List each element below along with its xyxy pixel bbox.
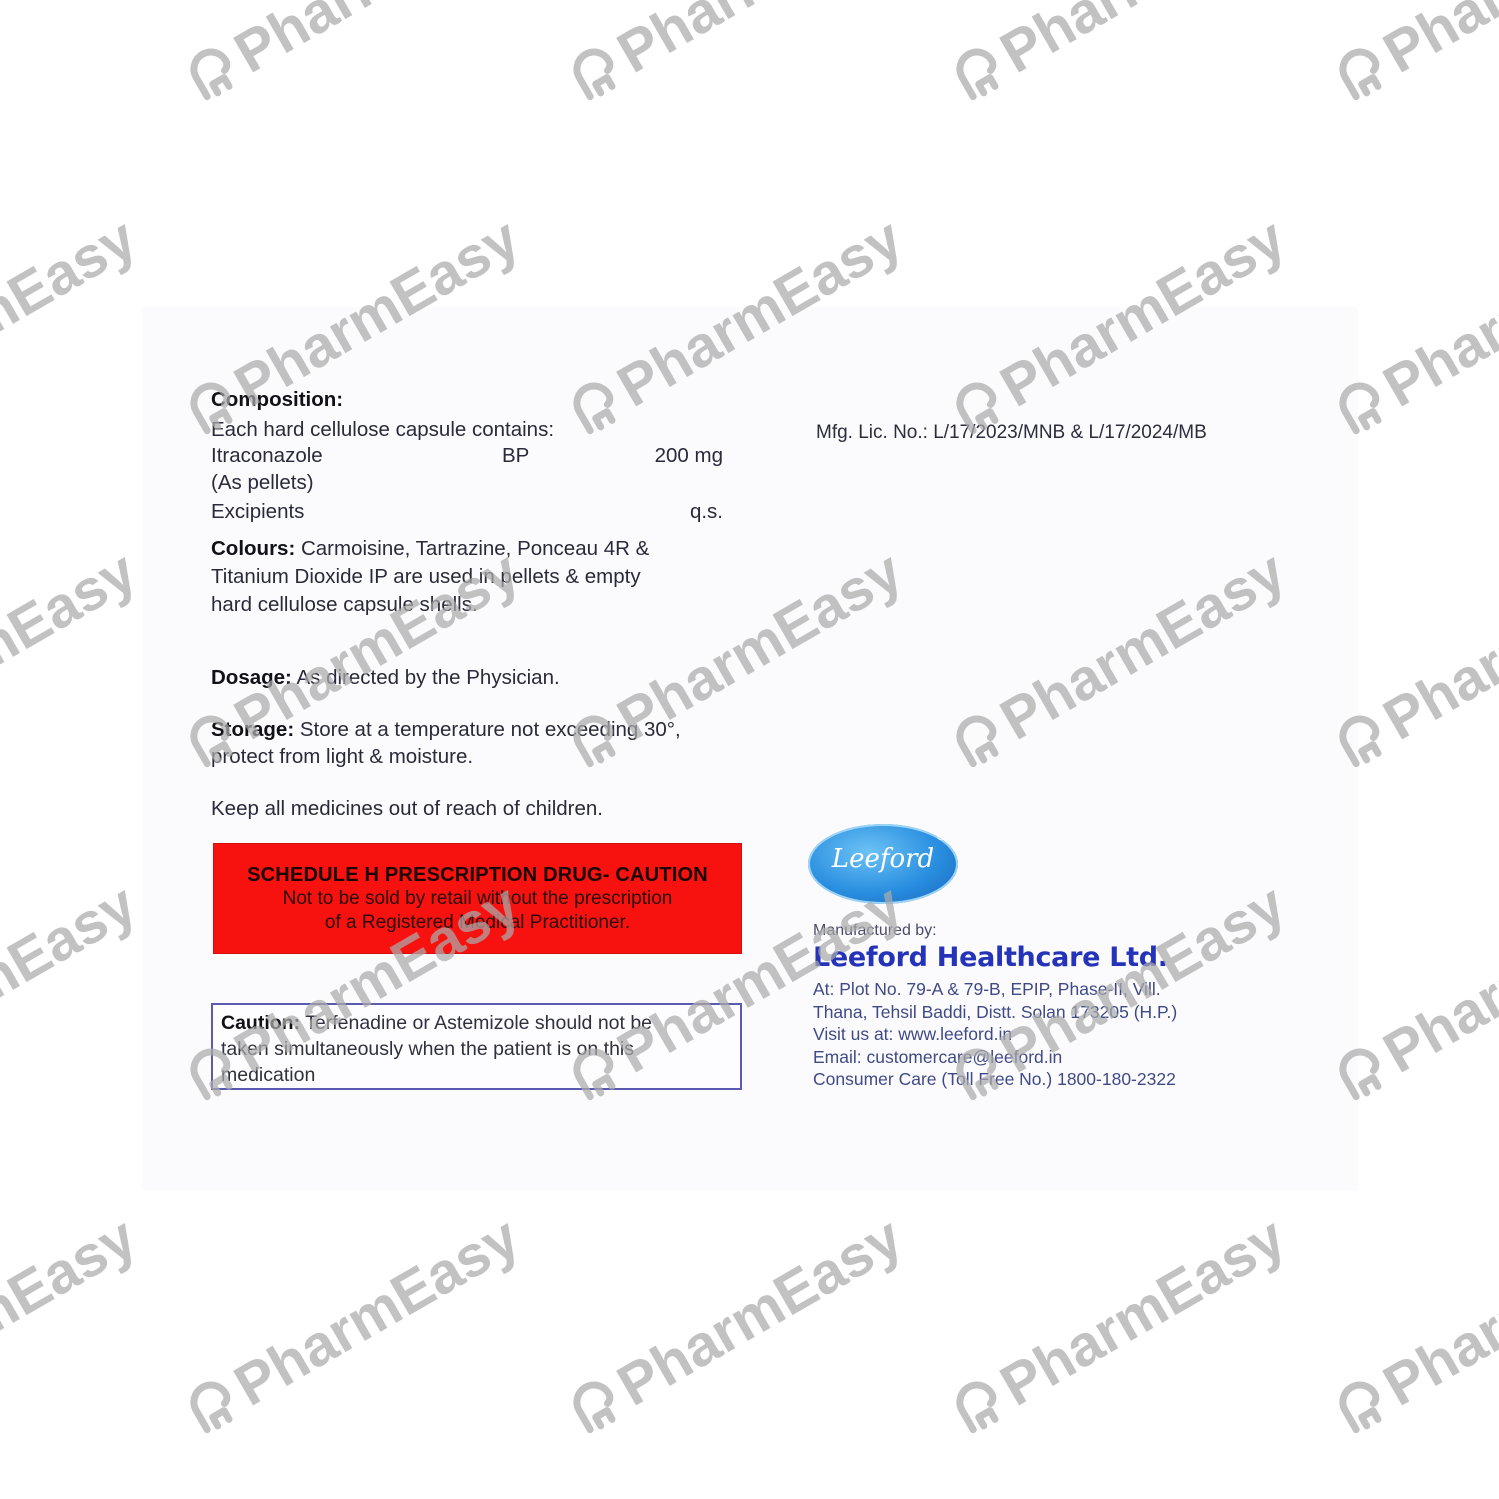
watermark-text: PharmEasy — [990, 0, 1296, 86]
address-line-1: At: Plot No. 79-A & 79-B, EPIP, Phase-II… — [813, 978, 1177, 1001]
watermark-text: PharmEasy — [1373, 1204, 1499, 1418]
registered-mark-icon: ® — [936, 832, 946, 843]
pharmeasy-logo-icon — [1329, 1372, 1394, 1438]
pharmeasy-watermark: PharmEasy — [945, 0, 1294, 110]
colours-section: Colours: Carmoisine, Tartrazine, Ponceau… — [211, 535, 649, 619]
address-line-2: Thana, Tehsil Baddi, Distt. Solan 173205… — [813, 1001, 1177, 1024]
colours-label: Colours: — [211, 537, 295, 560]
pharmeasy-watermark: PharmEasy — [0, 209, 145, 444]
caution-label: Caution: — [221, 1012, 300, 1034]
schedule-h-heading: SCHEDULE H PRESCRIPTION DRUG- CAUTION — [214, 864, 741, 887]
pharmeasy-watermark: PharmEasy — [0, 875, 145, 1110]
watermark-text: PharmEasy — [224, 1204, 530, 1418]
keep-away-notice: Keep all medicines out of reach of child… — [211, 795, 603, 822]
ingredient-standard: BP — [502, 444, 529, 468]
ingredient-amount: q.s. — [690, 500, 723, 524]
composition-intro: Each hard cellulose capsule contains: — [211, 416, 554, 443]
pharmeasy-watermark: PharmEasy — [1328, 0, 1499, 110]
watermark-text: PharmEasy — [0, 205, 147, 419]
storage-label: Storage: — [211, 718, 294, 741]
caution-line-3: medication — [221, 1064, 315, 1086]
ingredient-name: Itraconazole — [211, 444, 323, 468]
watermark-text: PharmEasy — [607, 0, 913, 86]
email: Email: customercare@leeford.in — [813, 1046, 1177, 1069]
caution-box: Caution: Terfenadine or Astemizole shoul… — [211, 1003, 742, 1090]
pharmeasy-watermark: PharmEasy — [562, 1208, 911, 1443]
composition-row: (As pellets) — [211, 471, 723, 498]
pharmeasy-watermark: PharmEasy — [0, 542, 145, 777]
consumer-care-phone: Consumer Care (Toll Free No.) 1800-180-2… — [813, 1068, 1177, 1091]
pharmeasy-logo-icon — [180, 39, 245, 105]
pharmeasy-watermark: PharmEasy — [179, 1208, 528, 1443]
pharmeasy-watermark: PharmEasy — [179, 0, 528, 110]
storage-section: Storage: Store at a temperature not exce… — [211, 716, 681, 770]
watermark-text: PharmEasy — [1373, 538, 1499, 752]
pharmeasy-watermark: PharmEasy — [1328, 1208, 1499, 1443]
pharmeasy-watermark: PharmEasy — [945, 1208, 1294, 1443]
manufactured-by-label: Manufactured by: — [813, 917, 937, 944]
website: Visit us at: www.leeford.in — [813, 1023, 1177, 1046]
schedule-h-warning-box: SCHEDULE H PRESCRIPTION DRUG- CAUTION No… — [213, 843, 742, 954]
dosage-section: Dosage: As directed by the Physician. — [211, 664, 560, 691]
colours-line-1: Carmoisine, Tartrazine, Ponceau 4R & — [295, 537, 649, 560]
pharmeasy-watermark: PharmEasy — [0, 1208, 145, 1443]
company-name: Leeford Healthcare Ltd. — [813, 941, 1168, 975]
ingredient-amount: 200 mg — [655, 444, 723, 468]
watermark-text: PharmEasy — [0, 538, 147, 752]
composition-row: Excipients q.s. — [211, 500, 723, 527]
leeford-logo: Leeford ® — [808, 824, 958, 904]
watermark-text: PharmEasy — [0, 0, 147, 86]
watermark-text: PharmEasy — [1373, 871, 1499, 1085]
watermark-text: PharmEasy — [607, 1204, 913, 1418]
storage-line-1: Store at a temperature not exceeding 30°… — [294, 718, 681, 741]
watermark-text: PharmEasy — [0, 1204, 147, 1418]
watermark-text: PharmEasy — [224, 0, 530, 86]
watermark-text: PharmEasy — [1373, 0, 1499, 86]
composition-row: Itraconazole BP 200 mg — [211, 444, 723, 471]
caution-line-2: taken simultaneously when the patient is… — [221, 1038, 634, 1060]
watermark-text: PharmEasy — [990, 1204, 1296, 1418]
pharmeasy-logo-icon — [946, 39, 1011, 105]
schedule-h-line-1: Not to be sold by retail without the pre… — [214, 887, 741, 911]
leeford-logo-text: Leeford — [808, 844, 958, 874]
dosage-text: As directed by the Physician. — [292, 666, 560, 689]
colours-line-2: Titanium Dioxide IP are used in pellets … — [211, 565, 641, 588]
pharmeasy-logo-icon — [180, 1372, 245, 1438]
ingredient-name: Excipients — [211, 500, 304, 524]
pharmeasy-logo-icon — [563, 1372, 628, 1438]
mfg-license-number: Mfg. Lic. No.: L/17/2023/MNB & L/17/2024… — [816, 419, 1207, 446]
ingredient-name: (As pellets) — [211, 471, 314, 495]
pharmeasy-logo-icon — [946, 1372, 1011, 1438]
dosage-label: Dosage: — [211, 666, 292, 689]
pharmeasy-logo-icon — [563, 39, 628, 105]
watermark-text: PharmEasy — [1373, 205, 1499, 419]
composition-heading: Composition: — [211, 386, 343, 413]
watermark-text: PharmEasy — [0, 871, 147, 1085]
pharmeasy-watermark: PharmEasy — [562, 0, 911, 110]
storage-line-2: protect from light & moisture. — [211, 745, 473, 768]
pharmeasy-watermark: PharmEasy — [0, 0, 145, 110]
manufacturer-address: At: Plot No. 79-A & 79-B, EPIP, Phase-II… — [813, 978, 1177, 1091]
colours-line-3: hard cellulose capsule shells. — [211, 593, 478, 616]
schedule-h-line-2: of a Registered Medical Practitioner. — [214, 911, 741, 935]
pharmeasy-logo-icon — [1329, 39, 1394, 105]
caution-line-1: Terfenadine or Astemizole should not be — [300, 1012, 652, 1034]
